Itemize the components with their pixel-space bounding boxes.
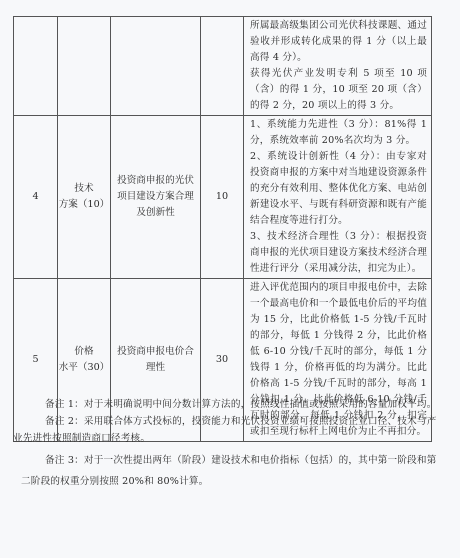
item-description	[111, 17, 201, 116]
item-name-line: 价格	[58, 344, 110, 360]
table-row: 4 技术 方案（10） 投资商申报的光伏 项目建设方案合理 及创新性 10 1、…	[14, 116, 432, 279]
scoring-criteria: 所属最高级集团公司光伏科技课题、通过验收并形成转化成果的得 1 分（以上最高得 …	[244, 17, 432, 116]
description-line: 投资商申报电价合	[117, 344, 194, 360]
table-row: 所属最高级集团公司光伏科技课题、通过验收并形成转化成果的得 1 分（以上最高得 …	[14, 17, 432, 116]
note-2: 备注 2：采用联合体方式投标的，投资能力和光伏投资业绩可按照投资企业口径、技术与…	[13, 413, 443, 447]
criteria-text: 所属最高级集团公司光伏科技课题、通过验收并形成转化成果的得 1 分（以上最高得 …	[250, 18, 427, 66]
scoring-table: 所属最高级集团公司光伏科技课题、通过验收并形成转化成果的得 1 分（以上最高得 …	[13, 16, 432, 442]
description-line: 及创新性	[117, 205, 194, 221]
description-line: 项目建设方案合理	[117, 189, 194, 205]
scoring-criteria: 1、系统能力先进性（3 分）：81%得 1 分，系统效率前 20%名次均为 3 …	[244, 116, 432, 279]
notes-section: 备注 1：对于未明确说明中间分数计算方法的，按照线性插值或按照采用的容量加权平均…	[13, 396, 443, 490]
item-name	[58, 17, 111, 116]
row-index: 4	[14, 116, 58, 279]
item-points: 10	[201, 116, 244, 279]
row-index	[14, 17, 58, 116]
note-3: 备注 3：对于一次性提出两年（阶段）建设技术和电价指标（包括）的，其中第一阶段和…	[13, 452, 443, 469]
criteria-text: 获得光伏产业发明专利 5 项至 10 项（含）的得 1 分，10 项至 20 项…	[250, 66, 427, 114]
document-page: 所属最高级集团公司光伏科技课题、通过验收并形成转化成果的得 1 分（以上最高得 …	[0, 0, 460, 558]
item-name: 技术 方案（10）	[58, 116, 111, 279]
item-points	[201, 17, 244, 116]
description-line: 理性	[117, 360, 194, 376]
note-3-continuation: 二阶段的权重分别按照 20%和 80%计算。	[21, 473, 443, 490]
item-description: 投资商申报的光伏 项目建设方案合理 及创新性	[111, 116, 201, 279]
criteria-text: 1、系统能力先进性（3 分）：81%得 1 分，系统效率前 20%名次均为 3 …	[250, 117, 427, 149]
criteria-text: 3、技术经济合理性（3 分）：根据投资商申报的光伏项目建设方案技术经济合理性进行…	[250, 229, 427, 277]
item-name-line: 水平（30）	[58, 360, 110, 376]
criteria-text: 2、系统设计创新性（4 分）：由专家对投资商申报的方案中对当地建设资源条件的充分…	[250, 149, 427, 229]
description-line: 投资商申报的光伏	[117, 173, 194, 189]
note-1: 备注 1：对于未明确说明中间分数计算方法的，按照线性插值或按照采用的容量加权平均…	[13, 396, 443, 413]
item-name-line: 技术	[58, 181, 110, 197]
item-name-line: 方案（10）	[58, 197, 110, 213]
